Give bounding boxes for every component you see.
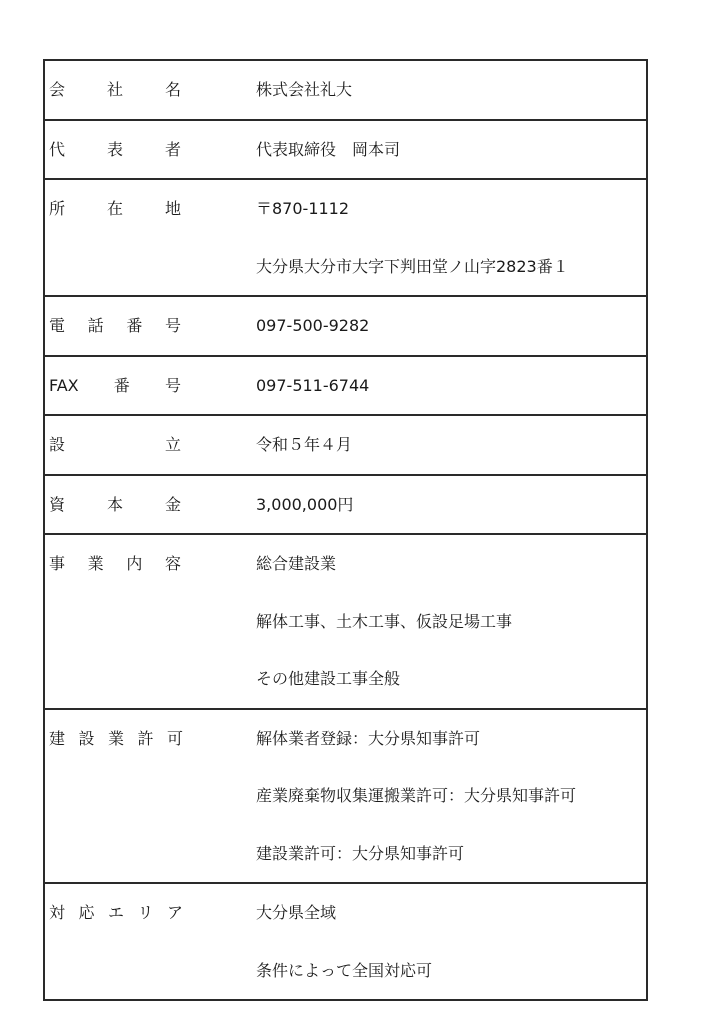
row-label: 対 応 エ リ ア — [49, 884, 183, 941]
label-cell: 所 在 地 — [44, 179, 254, 296]
representative-value: 代表取締役 岡本司 — [256, 121, 646, 179]
value-cell: 株式会社礼大 — [254, 60, 647, 120]
row-address: 所 在 地 〒870-1112 大分県大分市大字下判田堂ノ山字2823番１ — [44, 179, 647, 296]
label-cell: 会 社 名 — [44, 60, 254, 120]
row-label: 建 設 業 許 可 — [49, 710, 183, 767]
address-value: 大分県大分市大字下判田堂ノ山字2823番１ — [256, 238, 646, 296]
row-label: FAX 番 号 — [49, 357, 181, 414]
service-area-value-1: 大分県全域 — [256, 884, 646, 942]
company-name-value: 株式会社礼大 — [256, 61, 646, 119]
row-label: 設 立 — [49, 416, 181, 473]
row-label: 事 業 内 容 — [49, 535, 181, 592]
service-area-value-2: 条件によって全国対応可 — [256, 942, 646, 1000]
label-cell: 事 業 内 容 — [44, 534, 254, 709]
label-cell: 建 設 業 許 可 — [44, 709, 254, 884]
row-label: 会 社 名 — [49, 61, 181, 118]
value-cell: 大分県全域 条件によって全国対応可 — [254, 883, 647, 1000]
label-cell: 資 本 金 — [44, 475, 254, 535]
value-cell: 〒870-1112 大分県大分市大字下判田堂ノ山字2823番１ — [254, 179, 647, 296]
capital-value: 3,000,000円 — [256, 476, 646, 534]
business-value-2: 解体工事、土木工事、仮設足場工事 — [256, 593, 646, 651]
row-company-name: 会 社 名 株式会社礼大 — [44, 60, 647, 120]
row-business: 事 業 内 容 総合建設業 解体工事、土木工事、仮設足場工事 その他建設工事全般 — [44, 534, 647, 709]
value-cell: 3,000,000円 — [254, 475, 647, 535]
label-cell: 設 立 — [44, 415, 254, 475]
phone-value: 097-500-9282 — [256, 297, 646, 355]
value-cell: 097-511-6744 — [254, 356, 647, 416]
label-cell: 電 話 番 号 — [44, 296, 254, 356]
business-value-3: その他建設工事全般 — [256, 650, 646, 708]
value-cell: 097-500-9282 — [254, 296, 647, 356]
row-label: 資 本 金 — [49, 476, 181, 533]
row-representative: 代 表 者 代表取締役 岡本司 — [44, 120, 647, 180]
row-licenses: 建 設 業 許 可 解体業者登録：大分県知事許可 産業廃棄物収集運搬業許可：大分… — [44, 709, 647, 884]
value-cell: 解体業者登録：大分県知事許可 産業廃棄物収集運搬業許可：大分県知事許可 建設業許… — [254, 709, 647, 884]
row-capital: 資 本 金 3,000,000円 — [44, 475, 647, 535]
row-fax: FAX 番 号 097-511-6744 — [44, 356, 647, 416]
row-service-area: 対 応 エ リ ア 大分県全域 条件によって全国対応可 — [44, 883, 647, 1000]
row-label: 電 話 番 号 — [49, 297, 181, 354]
label-cell: FAX 番 号 — [44, 356, 254, 416]
row-label: 代 表 者 — [49, 121, 181, 178]
fax-value: 097-511-6744 — [256, 357, 646, 415]
row-established: 設 立 令和５年４月 — [44, 415, 647, 475]
postal-code-value: 〒870-1112 — [256, 180, 646, 238]
row-phone: 電 話 番 号 097-500-9282 — [44, 296, 647, 356]
label-cell: 対 応 エ リ ア — [44, 883, 254, 1000]
business-value-1: 総合建設業 — [256, 535, 646, 593]
license-value-1: 解体業者登録：大分県知事許可 — [256, 710, 646, 768]
value-cell: 代表取締役 岡本司 — [254, 120, 647, 180]
license-value-3: 建設業許可：大分県知事許可 — [256, 825, 646, 883]
row-label: 所 在 地 — [49, 180, 181, 237]
established-value: 令和５年４月 — [256, 416, 646, 474]
license-value-2: 産業廃棄物収集運搬業許可：大分県知事許可 — [256, 767, 646, 825]
label-cell: 代 表 者 — [44, 120, 254, 180]
company-profile-table: 会 社 名 株式会社礼大 代 表 者 代表取締役 岡本司 — [43, 59, 648, 1001]
value-cell: 令和５年４月 — [254, 415, 647, 475]
value-cell: 総合建設業 解体工事、土木工事、仮設足場工事 その他建設工事全般 — [254, 534, 647, 709]
